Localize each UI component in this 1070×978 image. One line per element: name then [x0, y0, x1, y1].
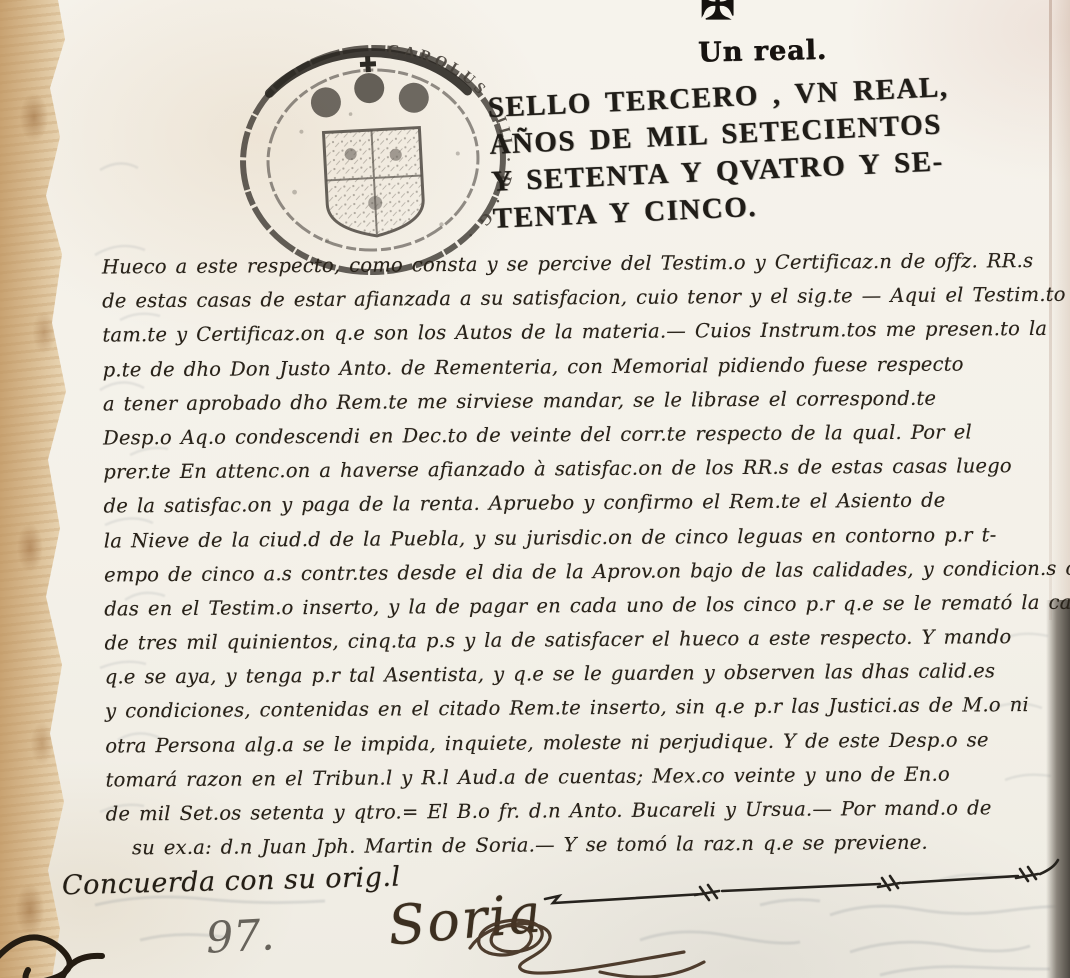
- manuscript-page: ✠ Un real. CAROLUS · III · D · G ·: [0, 0, 1070, 978]
- line-filler-flourish: [0, 0, 1070, 978]
